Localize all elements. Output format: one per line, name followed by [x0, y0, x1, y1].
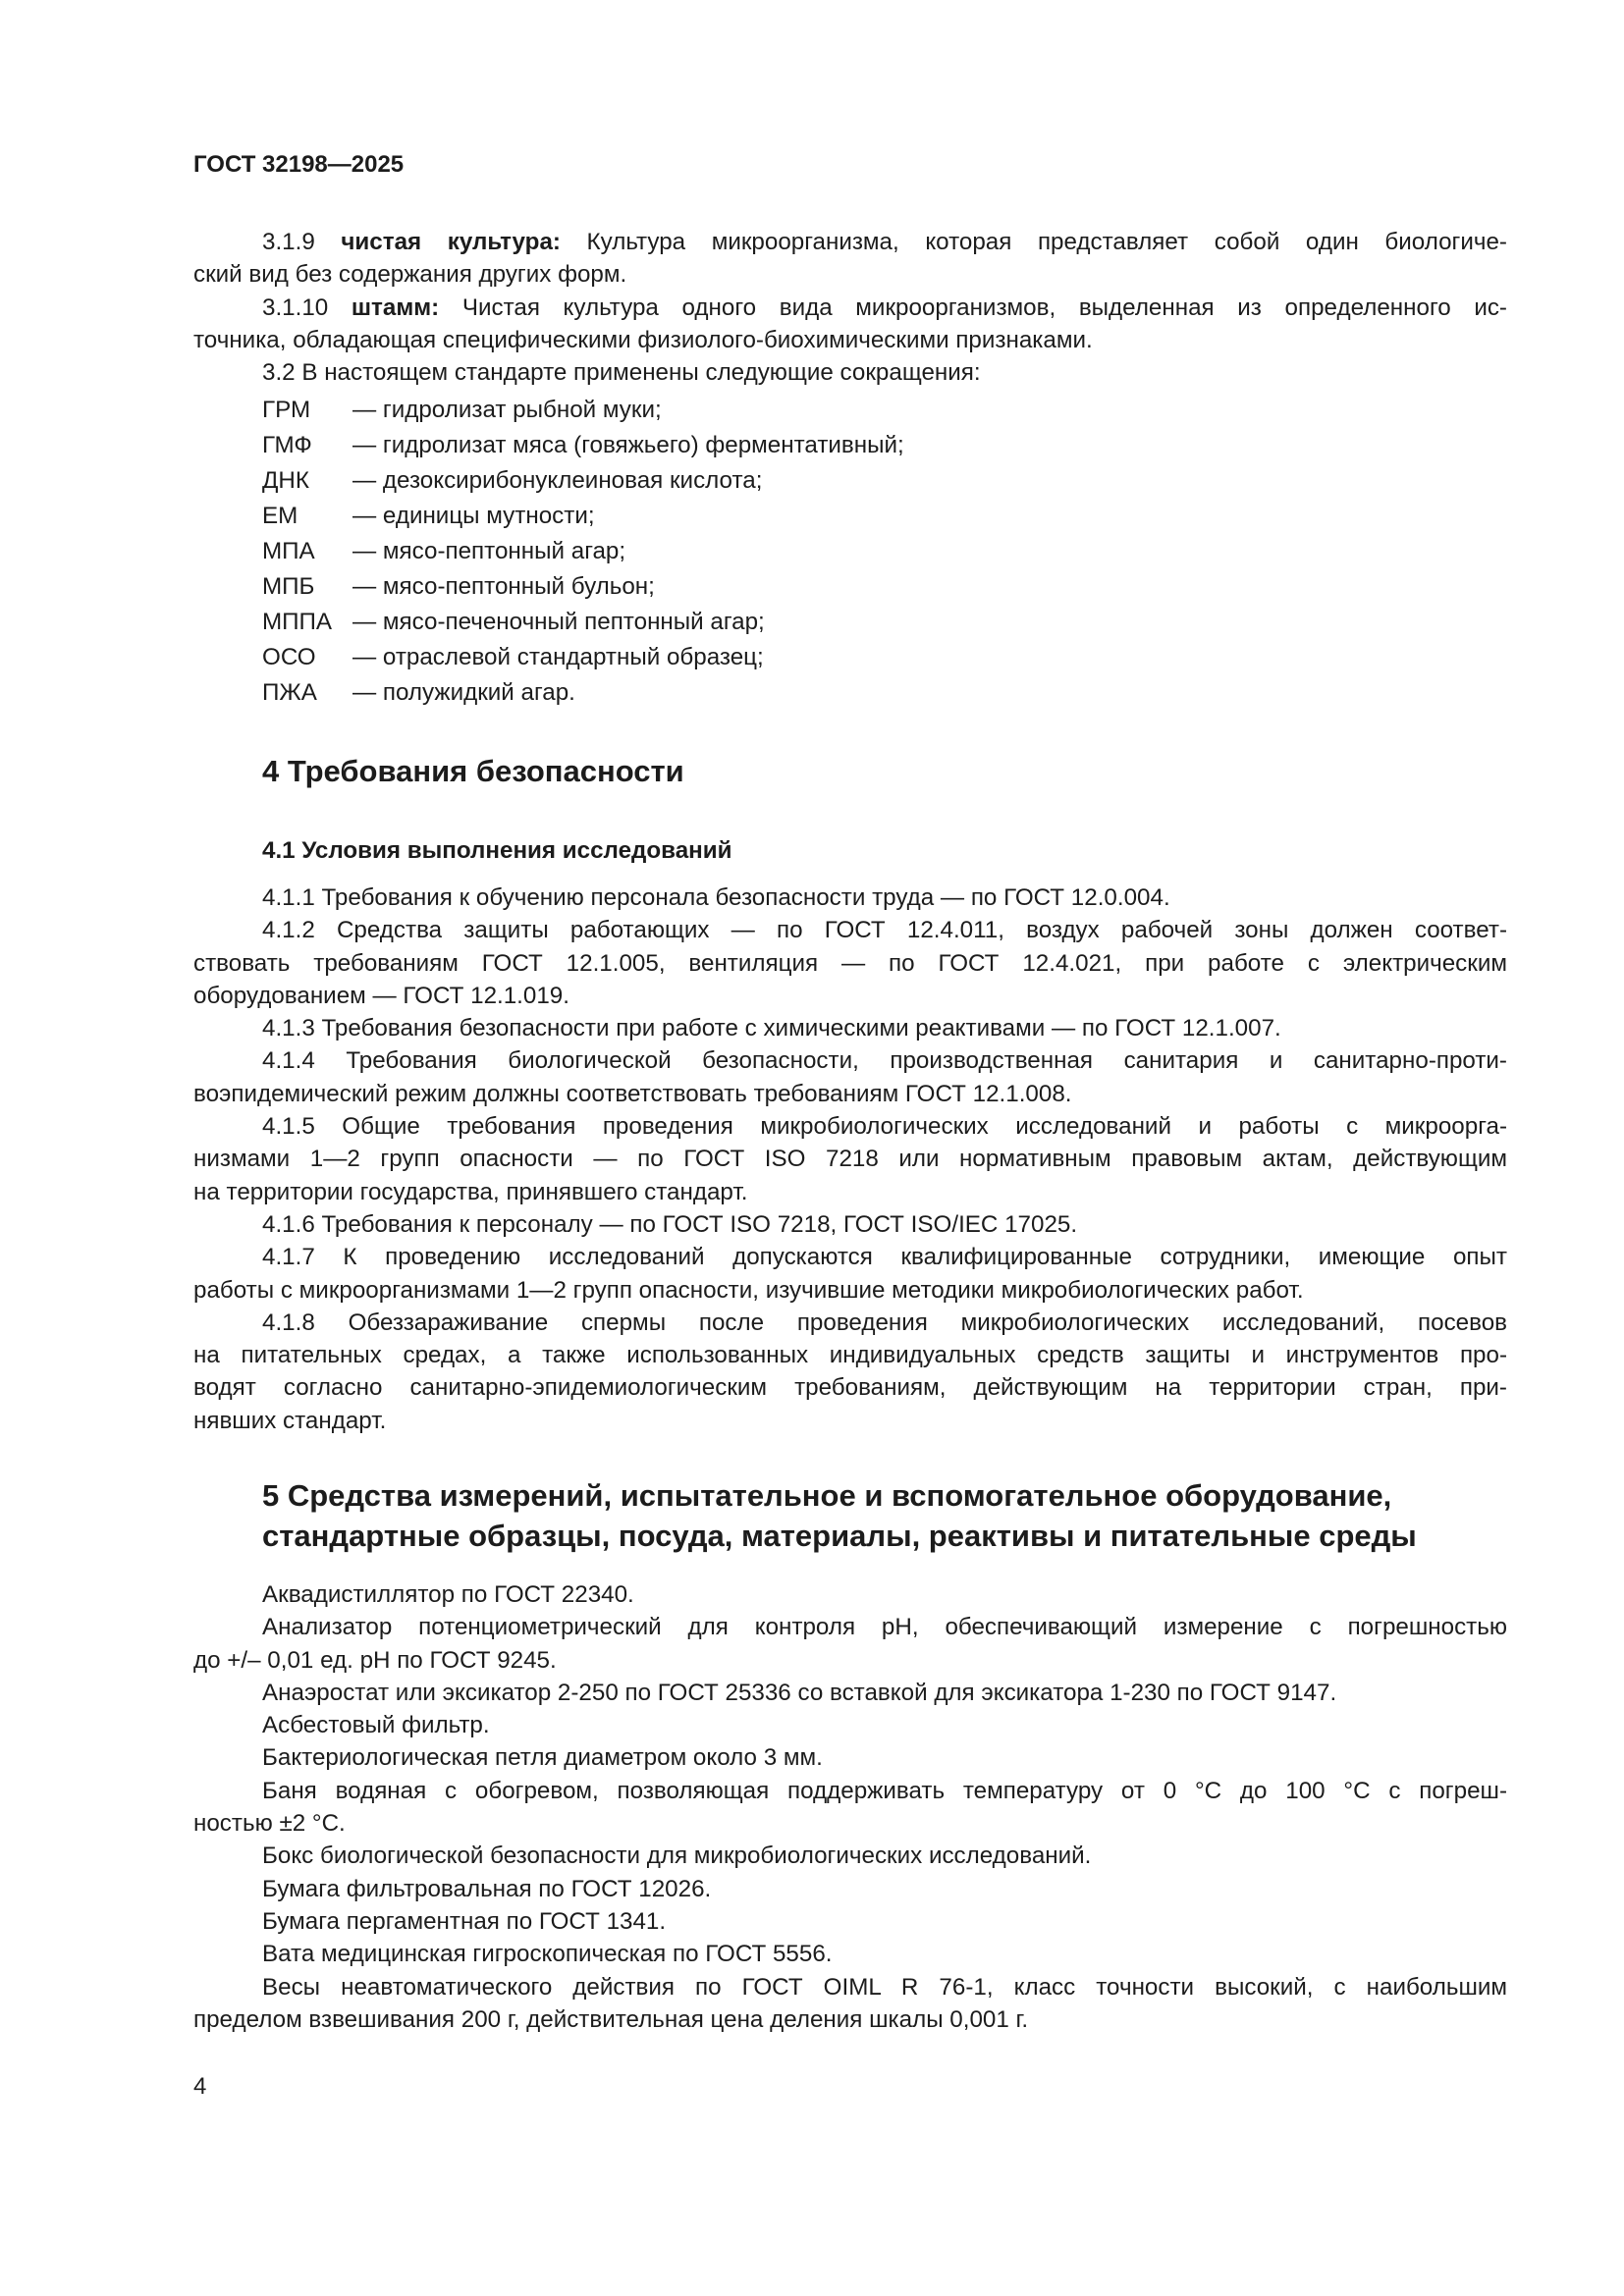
paragraph-3-1-9-line-2: ский вид без содержания других форм.: [193, 258, 1507, 291]
equipment-item: Весы неавтоматического действия по ГОСТ …: [193, 1971, 1507, 2003]
equipment-item: Баня водяная с обогревом, позволяющая по…: [193, 1775, 1507, 1807]
abbreviation-term: ОСО: [262, 640, 352, 675]
document-page: ГОСТ 32198—2025 3.1.9 чистая культура: К…: [0, 0, 1624, 2296]
section-4-body: 4.1.1 Требования к обучению персонала бе…: [193, 881, 1507, 1437]
equipment-item-cont: пределом взвешивания 200 г, действительн…: [193, 2003, 1507, 2036]
equipment-item: Асбестовый фильтр.: [193, 1709, 1507, 1741]
abbreviation-term: ПЖА: [262, 675, 352, 711]
paragraph-4-1-8-line-4: нявших стандарт.: [193, 1405, 1507, 1437]
abbreviation-definition: — гидролизат рыбной муки;: [352, 393, 662, 428]
paragraph-3-1-10-line-2: точника, обладающая специфическими физио…: [193, 324, 1507, 356]
paragraph-4-1-1: 4.1.1 Требования к обучению персонала бе…: [193, 881, 1507, 914]
abbreviation-row: МПА— мясо-пептонный агар;: [262, 534, 904, 569]
abbreviation-row: ПЖА— полужидкий агар.: [262, 675, 904, 711]
paragraph-4-1-4-line-1: 4.1.4 Требования биологической безопасно…: [193, 1044, 1507, 1077]
abbreviation-definition: — мясо-пептонный бульон;: [352, 569, 655, 605]
paragraph-3-1-9-line-1: 3.1.9 чистая культура: Культура микроорг…: [193, 226, 1507, 258]
section-5-heading-line-1: 5 Средства измерений, испытательное и вс…: [262, 1475, 1417, 1516]
abbreviation-row: ДНК— дезоксирибонуклеиновая кислота;: [262, 463, 904, 499]
section-4-heading: 4 Требования безопасности: [262, 751, 684, 791]
abbreviation-term: ГРМ: [262, 393, 352, 428]
abbreviation-row: ЕМ— единицы мутности;: [262, 499, 904, 534]
abbreviation-term: МПБ: [262, 569, 352, 605]
abbreviation-definition: — отраслевой стандартный образец;: [352, 640, 764, 675]
paragraph-4-1-5-line-1: 4.1.5 Общие требования проведения микроб…: [193, 1110, 1507, 1143]
abbreviation-term: МППА: [262, 605, 352, 640]
abbreviation-term: ГМФ: [262, 428, 352, 463]
abbreviation-row: ГМФ— гидролизат мяса (говяжьего) фермент…: [262, 428, 904, 463]
paragraph-3-1-10-line-1: 3.1.10 штамм: Чистая культура одного вид…: [193, 292, 1507, 324]
paragraph-4-1-8-line-3: водят согласно санитарно-эпидемиологичес…: [193, 1371, 1507, 1404]
paragraph-4-1-7-line-2: работы с микроорганизмами 1—2 групп опас…: [193, 1274, 1507, 1307]
abbreviation-term: ЕМ: [262, 499, 352, 534]
paragraph-4-1-2-line-3: оборудованием — ГОСТ 12.1.019.: [193, 980, 1507, 1012]
paragraph-3-2: 3.2 В настоящем стандарте применены след…: [193, 356, 1507, 389]
equipment-item: Анаэростат или эксикатор 2-250 по ГОСТ 2…: [193, 1677, 1507, 1709]
term-pure-culture: чистая культура:: [341, 229, 561, 255]
equipment-item: Бумага фильтровальная по ГОСТ 12026.: [193, 1873, 1507, 1905]
paragraph-4-1-5-line-3: на территории государства, принявшего ст…: [193, 1176, 1507, 1208]
paragraph-4-1-6: 4.1.6 Требования к персоналу — по ГОСТ I…: [193, 1208, 1507, 1241]
section-5-heading: 5 Средства измерений, испытательное и вс…: [262, 1475, 1417, 1556]
paragraph-4-1-3: 4.1.3 Требования безопасности при работе…: [193, 1012, 1507, 1044]
page-number: 4: [193, 2073, 206, 2101]
abbreviation-definition: — единицы мутности;: [352, 499, 595, 534]
abbreviation-term: ДНК: [262, 463, 352, 499]
section-4-1-heading: 4.1 Условия выполнения исследований: [262, 836, 732, 866]
paragraph-4-1-7-line-1: 4.1.7 К проведению исследований допускаю…: [193, 1241, 1507, 1273]
abbreviation-row: ГРМ— гидролизат рыбной муки;: [262, 393, 904, 428]
equipment-item: Аквадистиллятор по ГОСТ 22340.: [193, 1578, 1507, 1611]
equipment-item: Бактериологическая петля диаметром около…: [193, 1741, 1507, 1774]
paragraph-4-1-2-line-1: 4.1.2 Средства защиты работающих — по ГО…: [193, 914, 1507, 946]
running-header: ГОСТ 32198—2025: [193, 151, 404, 179]
equipment-item: Анализатор потенциометрический для контр…: [193, 1611, 1507, 1643]
equipment-item: Вата медицинская гигроскопическая по ГОС…: [193, 1938, 1507, 1970]
paragraph-4-1-8-line-2: на питательных средах, а также использов…: [193, 1339, 1507, 1371]
equipment-item-cont: ностью ±2 °С.: [193, 1807, 1507, 1840]
abbreviation-row: МППА— мясо-печеночный пептонный агар;: [262, 605, 904, 640]
abbreviation-term: МПА: [262, 534, 352, 569]
equipment-item: Бумага пергаментная по ГОСТ 1341.: [193, 1905, 1507, 1938]
equipment-item-cont: до +/– 0,01 ед. pH по ГОСТ 9245.: [193, 1644, 1507, 1677]
abbreviation-definition: — мясо-печеночный пептонный агар;: [352, 605, 765, 640]
abbreviation-row: ОСО— отраслевой стандартный образец;: [262, 640, 904, 675]
abbreviation-definition: — мясо-пептонный агар;: [352, 534, 625, 569]
paragraph-4-1-8-line-1: 4.1.8 Обеззараживание спермы после прове…: [193, 1307, 1507, 1339]
paragraph-4-1-2-line-2: ствовать требованиям ГОСТ 12.1.005, вент…: [193, 947, 1507, 980]
paragraph-4-1-5-line-2: низмами 1—2 групп опасности — по ГОСТ IS…: [193, 1143, 1507, 1175]
abbreviation-list: ГРМ— гидролизат рыбной муки;ГМФ— гидроли…: [262, 393, 904, 711]
abbreviation-definition: — дезоксирибонуклеиновая кислота;: [352, 463, 762, 499]
section-5-body: Аквадистиллятор по ГОСТ 22340. Анализато…: [193, 1578, 1507, 2036]
term-strain: штамм:: [352, 294, 439, 321]
abbreviation-definition: — полужидкий агар.: [352, 675, 575, 711]
paragraph-4-1-4-line-2: воэпидемический режим должны соответство…: [193, 1078, 1507, 1110]
equipment-item: Бокс биологической безопасности для микр…: [193, 1840, 1507, 1872]
section-3-definitions: 3.1.9 чистая культура: Культура микроорг…: [193, 226, 1507, 389]
abbreviation-row: МПБ— мясо-пептонный бульон;: [262, 569, 904, 605]
section-5-heading-line-2: стандартные образцы, посуда, материалы, …: [262, 1516, 1417, 1556]
abbreviation-definition: — гидролизат мяса (говяжьего) ферментати…: [352, 428, 904, 463]
